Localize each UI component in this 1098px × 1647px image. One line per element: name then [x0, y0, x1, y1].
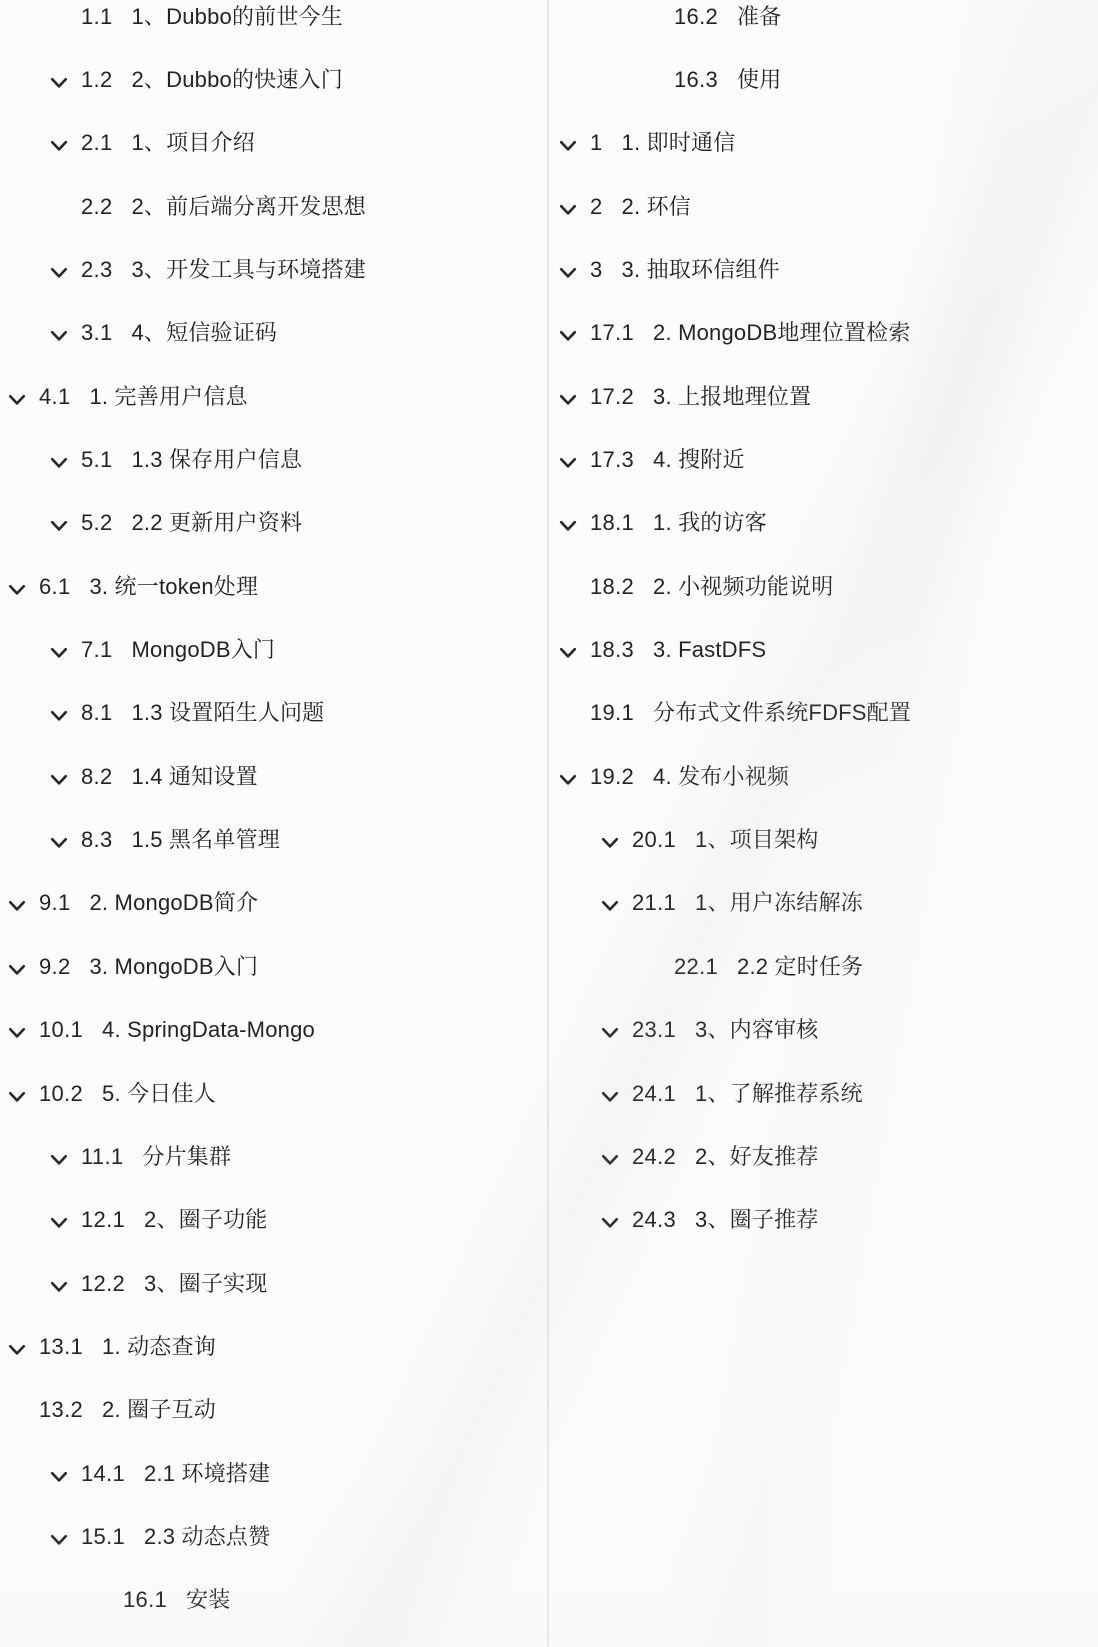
item-title: 2.1 环境搭建 [144, 1463, 270, 1485]
item-title: 1、项目架构 [695, 829, 818, 851]
chevron-down-icon[interactable] [49, 773, 68, 787]
toc-item[interactable]: 24.3 3、圈子推荐 [549, 1189, 1098, 1252]
chevron-down-icon[interactable] [600, 1026, 619, 1040]
chevron-down-icon[interactable] [558, 773, 577, 787]
chevron-down-icon[interactable] [7, 583, 26, 597]
toc-item[interactable]: 18.3 3. FastDFS [549, 618, 1098, 681]
item-title: 安装 [186, 1589, 230, 1611]
toc-item[interactable]: 18.1 1. 我的访客 [549, 492, 1098, 555]
item-title: 5. 今日佳人 [102, 1083, 216, 1105]
item-number: 1.1 [81, 6, 112, 28]
chevron-down-icon[interactable] [49, 836, 68, 850]
chevron-down-icon[interactable] [558, 203, 577, 217]
toc-item[interactable]: 13.1 1. 动态查询 [0, 1315, 547, 1378]
item-number: 17.1 [590, 322, 634, 344]
toc-item[interactable]: 13.2 2. 圈子互动 [0, 1379, 547, 1442]
item-title: 1.5 黑名单管理 [131, 829, 280, 851]
chevron-down-icon[interactable] [600, 1090, 619, 1104]
item-number: 24.1 [632, 1083, 676, 1105]
item-number: 16.1 [123, 1589, 167, 1611]
item-number: 16.3 [674, 69, 718, 91]
toc-item[interactable]: 17.3 4. 搜附近 [549, 428, 1098, 491]
item-number: 7.1 [81, 639, 112, 661]
toc-item[interactable]: 5.1 1.3 保存用户信息 [0, 428, 547, 491]
item-number: 4.1 [39, 386, 70, 408]
toc-item[interactable]: 16.1 安装 [0, 1569, 547, 1632]
item-number: 2.2 [81, 196, 112, 218]
toc-column-left: 1.1 1、Dubbo的前世今生 1.2 2、Dubbo的快速入门 2.1 1、… [0, 0, 549, 1647]
item-number: 19.2 [590, 766, 634, 788]
toc-item[interactable]: 15.1 2.3 动态点赞 [0, 1505, 547, 1568]
item-number: 3 [590, 259, 603, 281]
item-title: 1、了解推荐系统 [695, 1083, 863, 1105]
item-number: 12.1 [81, 1209, 125, 1231]
chevron-down-icon[interactable] [7, 1090, 26, 1104]
item-number: 1 [590, 132, 603, 154]
chevron-down-icon[interactable] [600, 1153, 619, 1167]
chevron-down-icon[interactable] [558, 519, 577, 533]
item-title: 分片集群 [142, 1146, 231, 1168]
toc-item[interactable]: 2.1 1、项目介绍 [0, 112, 547, 175]
item-title: 1.4 通知设置 [131, 766, 257, 788]
toc-item[interactable]: 5.2 2.2 更新用户资料 [0, 492, 547, 555]
chevron-down-icon[interactable] [558, 266, 577, 280]
toc-item[interactable]: 3 3. 抽取环信组件 [549, 238, 1098, 301]
item-title: 3. FastDFS [653, 639, 766, 661]
chevron-down-icon[interactable] [558, 456, 577, 470]
chevron-down-icon[interactable] [49, 139, 68, 153]
item-number: 8.3 [81, 829, 112, 851]
item-number: 2.3 [81, 259, 112, 281]
item-title: 3. 抽取环信组件 [622, 259, 780, 281]
toc-item[interactable]: 23.1 3、内容审核 [549, 999, 1098, 1062]
toc-item[interactable]: 17.1 2. MongoDB地理位置检索 [549, 302, 1098, 365]
toc-item[interactable]: 10.2 5. 今日佳人 [0, 1062, 547, 1125]
item-number: 10.2 [39, 1083, 83, 1105]
toc-item[interactable]: 3.1 4、短信验证码 [0, 302, 547, 365]
chevron-down-icon[interactable] [49, 76, 68, 90]
item-number: 9.2 [39, 956, 70, 978]
item-number: 24.3 [632, 1209, 676, 1231]
item-number: 2.1 [81, 132, 112, 154]
item-title: 2、圈子功能 [144, 1209, 267, 1231]
item-title: 2. MongoDB地理位置检索 [653, 322, 911, 344]
item-number: 5.2 [81, 512, 112, 534]
chevron-down-icon[interactable] [49, 329, 68, 343]
item-number: 1.2 [81, 69, 112, 91]
item-title: 4、短信验证码 [131, 322, 277, 344]
item-number: 13.2 [39, 1399, 83, 1421]
toc-item[interactable]: 9.1 2. MongoDB简介 [0, 872, 547, 935]
item-number: 9.1 [39, 892, 70, 914]
toc-item[interactable]: 12.2 3、圈子实现 [0, 1252, 547, 1315]
item-number: 5.1 [81, 449, 112, 471]
item-number: 8.2 [81, 766, 112, 788]
toc-item[interactable]: 14.1 2.1 环境搭建 [0, 1442, 547, 1505]
toc-item[interactable]: 2.3 3、开发工具与环境搭建 [0, 238, 547, 301]
toc-item[interactable]: 11.1 分片集群 [0, 1125, 547, 1188]
item-number: 12.2 [81, 1273, 125, 1295]
item-title: 2、前后端分离开发思想 [131, 196, 365, 218]
chevron-down-icon[interactable] [49, 456, 68, 470]
item-number: 18.2 [590, 576, 634, 598]
toc-item[interactable]: 16.2 准备 [549, 0, 1098, 48]
toc-item[interactable]: 1.2 2、Dubbo的快速入门 [0, 48, 547, 111]
chevron-down-icon[interactable] [49, 1153, 68, 1167]
toc-item[interactable]: 4.1 1. 完善用户信息 [0, 365, 547, 428]
item-number: 23.1 [632, 1019, 676, 1041]
toc-item[interactable]: 6.1 3. 统一token处理 [0, 555, 547, 618]
item-title: 3. 统一token处理 [89, 576, 258, 598]
item-number: 2 [590, 196, 603, 218]
chevron-down-icon[interactable] [7, 1026, 26, 1040]
item-number: 19.1 [590, 702, 634, 724]
item-title: 2. 环信 [622, 196, 691, 218]
chevron-down-icon[interactable] [7, 963, 26, 977]
item-title: 2、好友推荐 [695, 1146, 818, 1168]
chevron-down-icon[interactable] [7, 393, 26, 407]
chevron-down-icon[interactable] [558, 139, 577, 153]
toc-item[interactable]: 2.2 2、前后端分离开发思想 [0, 175, 547, 238]
toc-item[interactable]: 8.2 1.4 通知设置 [0, 745, 547, 808]
item-title: 3、圈子实现 [144, 1273, 267, 1295]
item-number: 17.2 [590, 386, 634, 408]
item-title: 3、内容审核 [695, 1019, 818, 1041]
item-number: 17.3 [590, 449, 634, 471]
chevron-down-icon[interactable] [600, 1216, 619, 1230]
item-title: 2. 小视频功能说明 [653, 576, 833, 598]
toc-item[interactable]: 1 1. 即时通信 [549, 112, 1098, 175]
toc-item[interactable]: 20.1 1、项目架构 [549, 808, 1098, 871]
item-title: 4. SpringData-Mongo [102, 1019, 315, 1041]
chevron-down-icon[interactable] [558, 646, 577, 660]
chevron-down-icon[interactable] [49, 709, 68, 723]
item-title: 2. MongoDB简介 [89, 892, 258, 914]
item-title: 1. 完善用户信息 [89, 386, 247, 408]
item-title: 2. 圈子互动 [102, 1399, 216, 1421]
item-title: 准备 [737, 6, 781, 28]
item-number: 11.1 [81, 1146, 123, 1168]
chevron-down-icon[interactable] [49, 266, 68, 280]
item-number: 21.1 [632, 892, 676, 914]
item-title: 2.2 更新用户资料 [131, 512, 302, 534]
item-number: 15.1 [81, 1526, 125, 1548]
item-number: 18.3 [590, 639, 634, 661]
toc-item[interactable]: 12.1 2、圈子功能 [0, 1189, 547, 1252]
toc-item[interactable]: 18.2 2. 小视频功能说明 [549, 555, 1098, 618]
item-number: 16.2 [674, 6, 718, 28]
chevron-down-icon[interactable] [49, 1533, 68, 1547]
item-title: 1. 我的访客 [653, 512, 767, 534]
toc-item[interactable]: 19.1 分布式文件系统FDFS配置 [549, 682, 1098, 745]
item-number: 24.2 [632, 1146, 676, 1168]
item-title: 4. 发布小视频 [653, 766, 789, 788]
item-title: 使用 [737, 69, 781, 91]
toc-item[interactable]: 19.2 4. 发布小视频 [549, 745, 1098, 808]
item-title: 1. 即时通信 [622, 132, 736, 154]
chevron-down-icon[interactable] [558, 329, 577, 343]
toc-item[interactable]: 21.1 1、用户冻结解冻 [549, 872, 1098, 935]
item-number: 8.1 [81, 702, 112, 724]
item-title: 2、Dubbo的快速入门 [131, 69, 342, 91]
toc-column-right: 16.2 准备 16.3 使用 1 1. 即时通信 2 2. 环信 [549, 0, 1098, 1647]
item-title: 1、Dubbo的前世今生 [131, 6, 342, 28]
toc-page: 1.1 1、Dubbo的前世今生 1.2 2、Dubbo的快速入门 2.1 1、… [0, 0, 1098, 1647]
item-number: 6.1 [39, 576, 70, 598]
item-title: 3、圈子推荐 [695, 1209, 818, 1231]
toc-item[interactable]: 2 2. 环信 [549, 175, 1098, 238]
chevron-down-icon[interactable] [600, 836, 619, 850]
item-title: 3. MongoDB入门 [89, 956, 258, 978]
item-number: 22.1 [674, 956, 718, 978]
item-title: 2.3 动态点赞 [144, 1526, 270, 1548]
item-title: 3. 上报地理位置 [653, 386, 811, 408]
item-title: 2.2 定时任务 [737, 956, 863, 978]
item-title: 1、用户冻结解冻 [695, 892, 863, 914]
toc-item[interactable]: 16.3 使用 [549, 48, 1098, 111]
toc-item[interactable]: 17.2 3. 上报地理位置 [549, 365, 1098, 428]
item-number: 3.1 [81, 322, 112, 344]
item-number: 10.1 [39, 1019, 83, 1041]
toc-list-left: 1.1 1、Dubbo的前世今生 1.2 2、Dubbo的快速入门 2.1 1、… [0, 0, 547, 1632]
item-number: 14.1 [81, 1463, 125, 1485]
item-title: 4. 搜附近 [653, 449, 745, 471]
item-title: 3、开发工具与环境搭建 [131, 259, 365, 281]
chevron-down-icon[interactable] [558, 393, 577, 407]
item-number: 20.1 [632, 829, 676, 851]
toc-item[interactable]: 8.1 1.3 设置陌生人问题 [0, 682, 547, 745]
chevron-down-icon[interactable] [600, 899, 619, 913]
item-number: 18.1 [590, 512, 634, 534]
toc-item[interactable]: 24.2 2、好友推荐 [549, 1125, 1098, 1188]
toc-item[interactable]: 24.1 1、了解推荐系统 [549, 1062, 1098, 1125]
item-title: 1、项目介绍 [131, 132, 254, 154]
chevron-down-icon[interactable] [49, 646, 68, 660]
chevron-down-icon[interactable] [49, 519, 68, 533]
toc-item[interactable]: 22.1 2.2 定时任务 [549, 935, 1098, 998]
chevron-down-icon[interactable] [49, 1216, 68, 1230]
chevron-down-icon[interactable] [49, 1280, 68, 1294]
item-title: 1.3 设置陌生人问题 [131, 702, 324, 724]
toc-list-right: 16.2 准备 16.3 使用 1 1. 即时通信 2 2. 环信 [549, 0, 1098, 1252]
toc-item[interactable]: 9.2 3. MongoDB入门 [0, 935, 547, 998]
item-title: 1. 动态查询 [102, 1336, 216, 1358]
toc-item[interactable]: 10.1 4. SpringData-Mongo [0, 999, 547, 1062]
chevron-down-icon[interactable] [7, 1343, 26, 1357]
toc-item[interactable]: 7.1 MongoDB入门 [0, 618, 547, 681]
toc-item[interactable]: 8.3 1.5 黑名单管理 [0, 808, 547, 871]
chevron-down-icon[interactable] [7, 899, 26, 913]
toc-item[interactable]: 1.1 1、Dubbo的前世今生 [0, 0, 547, 48]
chevron-down-icon[interactable] [49, 1470, 68, 1484]
item-number: 13.1 [39, 1336, 83, 1358]
item-title: 分布式文件系统FDFS配置 [653, 702, 911, 724]
item-title: MongoDB入门 [131, 639, 275, 661]
item-title: 1.3 保存用户信息 [131, 449, 302, 471]
